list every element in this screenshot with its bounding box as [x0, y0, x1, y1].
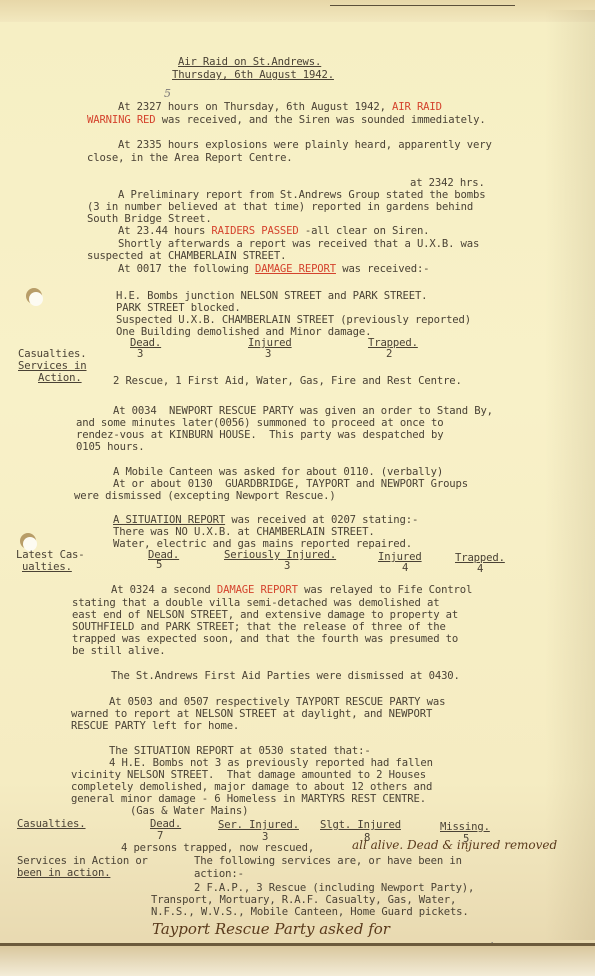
handwritten-footer-note: Tayport Rescue Party asked for [152, 920, 390, 938]
pencil-mark: 5 [164, 87, 171, 100]
casualty-header-dead: Dead. [148, 549, 179, 562]
paragraph-line: Shortly afterwards a report was received… [118, 238, 479, 251]
paragraph-line: 0105 hours. [76, 441, 145, 454]
previous-page-strip [0, 0, 595, 22]
paragraph-line: stating that a double villa semi-detache… [72, 597, 439, 610]
paragraph-line: (Gas & Water Mains) [130, 805, 248, 818]
casualty-header-ser-injured: Ser. Injured. [218, 819, 299, 832]
paragraph-line: The St.Andrews First Aid Parties were di… [111, 670, 460, 683]
paragraph-line: warned to report at NELSON STREET at day… [71, 708, 432, 721]
paragraph-line: At 2327 hours on Thursday, 6th August 19… [118, 101, 442, 114]
paragraph-line: At 0324 a second DAMAGE REPORT was relay… [111, 584, 472, 597]
latest-casualties-label: ualties. [22, 561, 72, 574]
paragraph-line: 4 persons trapped, now rescued, [121, 842, 314, 855]
paragraph-line: At 0034 NEWPORT RESCUE PARTY was given a… [113, 405, 493, 418]
paragraph-line: At 0017 the following DAMAGE REPORT was … [118, 263, 429, 276]
latest-casualties-label: Latest Cas- [16, 549, 85, 562]
paragraph-line: close, in the Area Report Centre. [87, 152, 293, 165]
paragraph-line: RESCUE PARTY left for home. [71, 720, 239, 733]
paragraph-line: 2 F.A.P., 3 Rescue (including Newport Pa… [194, 882, 474, 895]
paragraph-line: A SITUATION REPORT was received at 0207 … [113, 514, 418, 527]
paragraph-line: Suspected U.X.B. CHAMBERLAIN STREET (pre… [116, 314, 471, 327]
paragraph-line: and some minutes later(0056) summoned to… [76, 417, 443, 430]
paragraph-line: The following services are, or have been… [194, 855, 462, 868]
document-page: Air Raid on St.Andrews. Thursday, 6th Au… [0, 0, 595, 976]
paragraph-line: be still alive. [72, 645, 165, 658]
services-label: Services in Action or [17, 855, 148, 868]
casualty-header-injured: Injured [378, 551, 422, 564]
paper-shadow [545, 10, 595, 940]
casualty-value-trapped: 2 [386, 348, 392, 361]
punch-hole [29, 292, 43, 306]
handwritten-annotation: all alive. Dead & injured removed [352, 838, 557, 852]
document-title: Air Raid on St.Andrews. [178, 56, 321, 69]
paragraph-line: A Mobile Canteen was asked for about 011… [113, 466, 443, 479]
paragraph-line: At 23.44 hours RAIDERS PASSED -all clear… [118, 225, 429, 238]
paragraph-line: trapped was expected soon, and that the … [72, 633, 458, 646]
services-label: Action. [38, 372, 82, 385]
page-bottom-edge [0, 943, 595, 976]
paragraph-line: PARK STREET blocked. [116, 302, 241, 315]
casualty-header-trapped: Trapped. [368, 337, 418, 350]
paragraph-line: were dismissed (excepting Newport Rescue… [74, 490, 336, 503]
casualty-header-seriously-injured: Seriously Injured. [224, 549, 336, 562]
paragraph-line: At or about 0130 GUARDBRIDGE, TAYPORT an… [113, 478, 468, 491]
paragraph-line: The SITUATION REPORT at 0530 stated that… [109, 745, 371, 758]
casualties-label: Casualties. [18, 348, 87, 361]
paragraph-line: Transport, Mortuary, R.A.F. Casualty, Ga… [151, 894, 456, 907]
casualty-header-missing: Missing. [440, 821, 490, 834]
paragraph-line: SOUTHFIELD and PARK STREET; that the rel… [72, 621, 446, 634]
paragraph-line: A Preliminary report from St.Andrews Gro… [118, 189, 485, 202]
paragraph-line: action:- [194, 868, 244, 881]
casualty-value-injured: 4 [402, 562, 408, 575]
services-label: Services in [18, 360, 87, 373]
casualty-value-seriously-injured: 3 [284, 560, 290, 573]
casualty-header-dead: Dead. [150, 818, 181, 831]
paragraph-line: completely demolished, major damage to a… [71, 781, 432, 794]
document-date: Thursday, 6th August 1942. [172, 69, 334, 82]
paragraph-line: WARNING RED was received, and the Siren … [87, 114, 486, 127]
paragraph-line: suspected at CHAMBERLAIN STREET. [87, 250, 286, 263]
paragraph-line: At 2335 hours explosions were plainly he… [118, 139, 492, 152]
paragraph-line: 4 H.E. Bombs not 3 as previously reporte… [109, 757, 433, 770]
paragraph-line: South Bridge Street. [87, 213, 212, 226]
casualty-value-trapped: 4 [477, 563, 483, 576]
paragraph-line: H.E. Bombs junction NELSON STREET and PA… [116, 290, 427, 303]
paragraph-line: At 0503 and 0507 respectively TAYPORT RE… [109, 696, 445, 709]
paragraph-line: (3 in number believed at that time) repo… [87, 201, 473, 214]
paragraph-line: N.F.S., W.V.S., Mobile Canteen, Home Gua… [151, 906, 469, 919]
casualty-header-dead: Dead. [130, 337, 161, 350]
paragraph-line: vicinity NELSON STREET. That damage amou… [71, 769, 426, 782]
casualty-value-dead: 7 [157, 830, 163, 843]
paragraph-line: east end of NELSON STREET, and extensive… [72, 609, 458, 622]
casualty-value-injured: 3 [265, 348, 271, 361]
casualty-value-dead: 5 [156, 559, 162, 572]
previous-page-fragment [330, 0, 515, 6]
casualty-header-slgt-injured: Slgt. Injured [320, 819, 401, 832]
paragraph-line: There was NO U.X.B. at CHAMBERLAIN STREE… [113, 526, 375, 539]
paragraph-line: general minor damage - 6 Homeless in MAR… [71, 793, 426, 806]
casualty-value-dead: 3 [137, 348, 143, 361]
inserted-time: at 2342 hrs. [410, 177, 485, 190]
services-text: 2 Rescue, 1 First Aid, Water, Gas, Fire … [113, 375, 462, 388]
services-label: been in action. [17, 867, 110, 880]
paragraph-line: rendez-vous at KINBURN HOUSE. This party… [76, 429, 443, 442]
casualties-label: Casualties. [17, 818, 86, 831]
